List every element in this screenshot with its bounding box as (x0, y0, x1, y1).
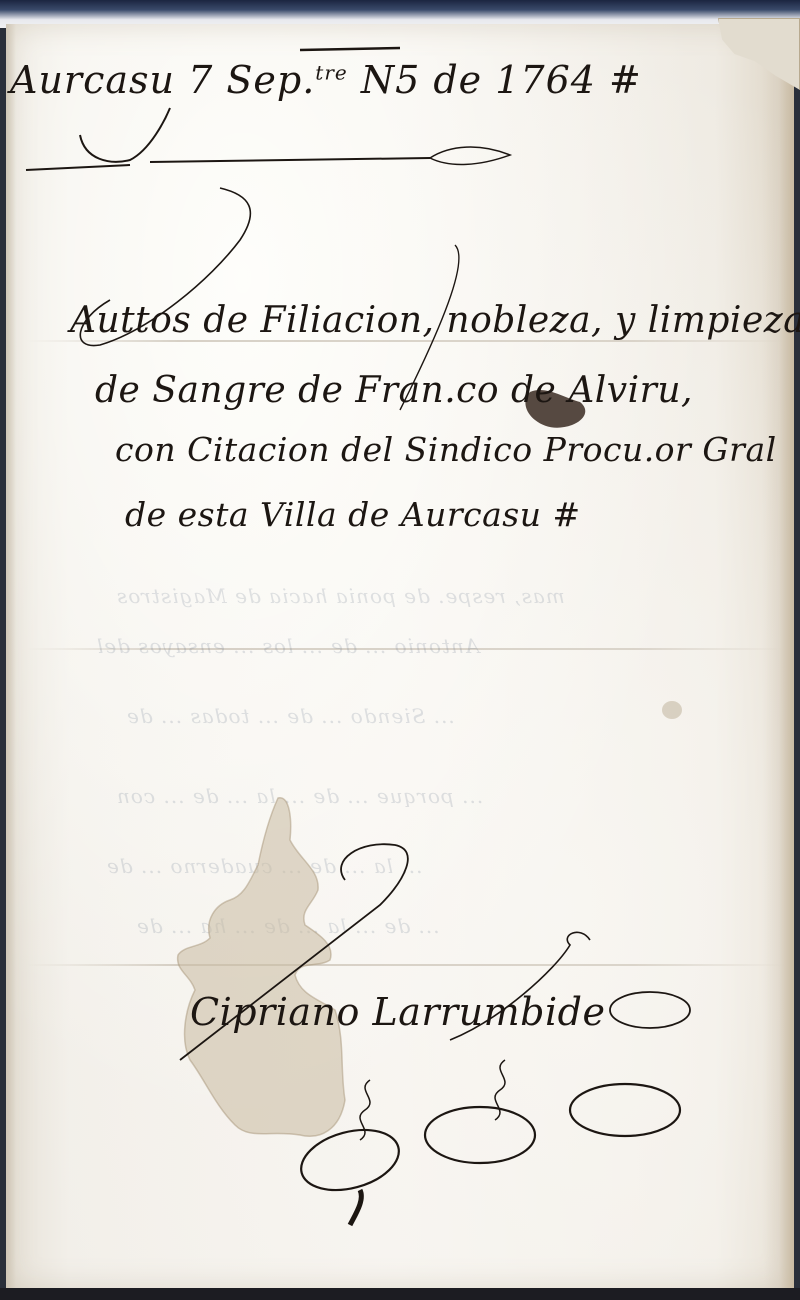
page-left-edge (6, 24, 16, 1290)
header-date: 7 Sep. (188, 58, 315, 102)
header-reference: Aurcasu 7 Sep.tre N5 de 1764 # (10, 58, 642, 102)
fold-line (26, 964, 786, 966)
header-year: de 1764 (433, 58, 596, 102)
title-line-1: Auttos de Filiacion, nobleza, y limpieza (70, 300, 800, 341)
bleed-through-text: ... la ... de ... cuaderno ... de (106, 854, 423, 878)
bleed-through-text: ... porque ... de ... la ... de ... con (116, 784, 483, 808)
title-line-3: con Citacion del Sindico Procu.or Gral (115, 430, 777, 469)
scanner-bed-bottom (0, 1288, 800, 1300)
title-line-2: de Sangre de Fran.co de Alviru, (95, 370, 693, 411)
manuscript-page: mas, respe. de ponia hacia de Magistros … (6, 24, 794, 1290)
header-ref: N5 (361, 58, 420, 102)
header-place: Aurcasu (10, 58, 175, 102)
bleed-through-text: mas, respe. de ponia hacia de Magistros (116, 584, 565, 608)
header-date-sup: tre (315, 60, 347, 84)
signature: Cipriano Larrumbide (190, 990, 605, 1034)
torn-corner (718, 18, 800, 90)
page-right-edge (764, 24, 794, 1290)
bleed-through-text: Antonio ... de ... los ... ensayos del (96, 634, 479, 658)
title-line-4: de esta Villa de Aurcasu # (125, 495, 581, 534)
header-terminator: # (609, 58, 642, 102)
bleed-through-text: ... Siendo ... de ... todas ... de (126, 704, 455, 728)
bleed-through-text: ... de ... la ... de ... ha ... de (136, 914, 440, 938)
